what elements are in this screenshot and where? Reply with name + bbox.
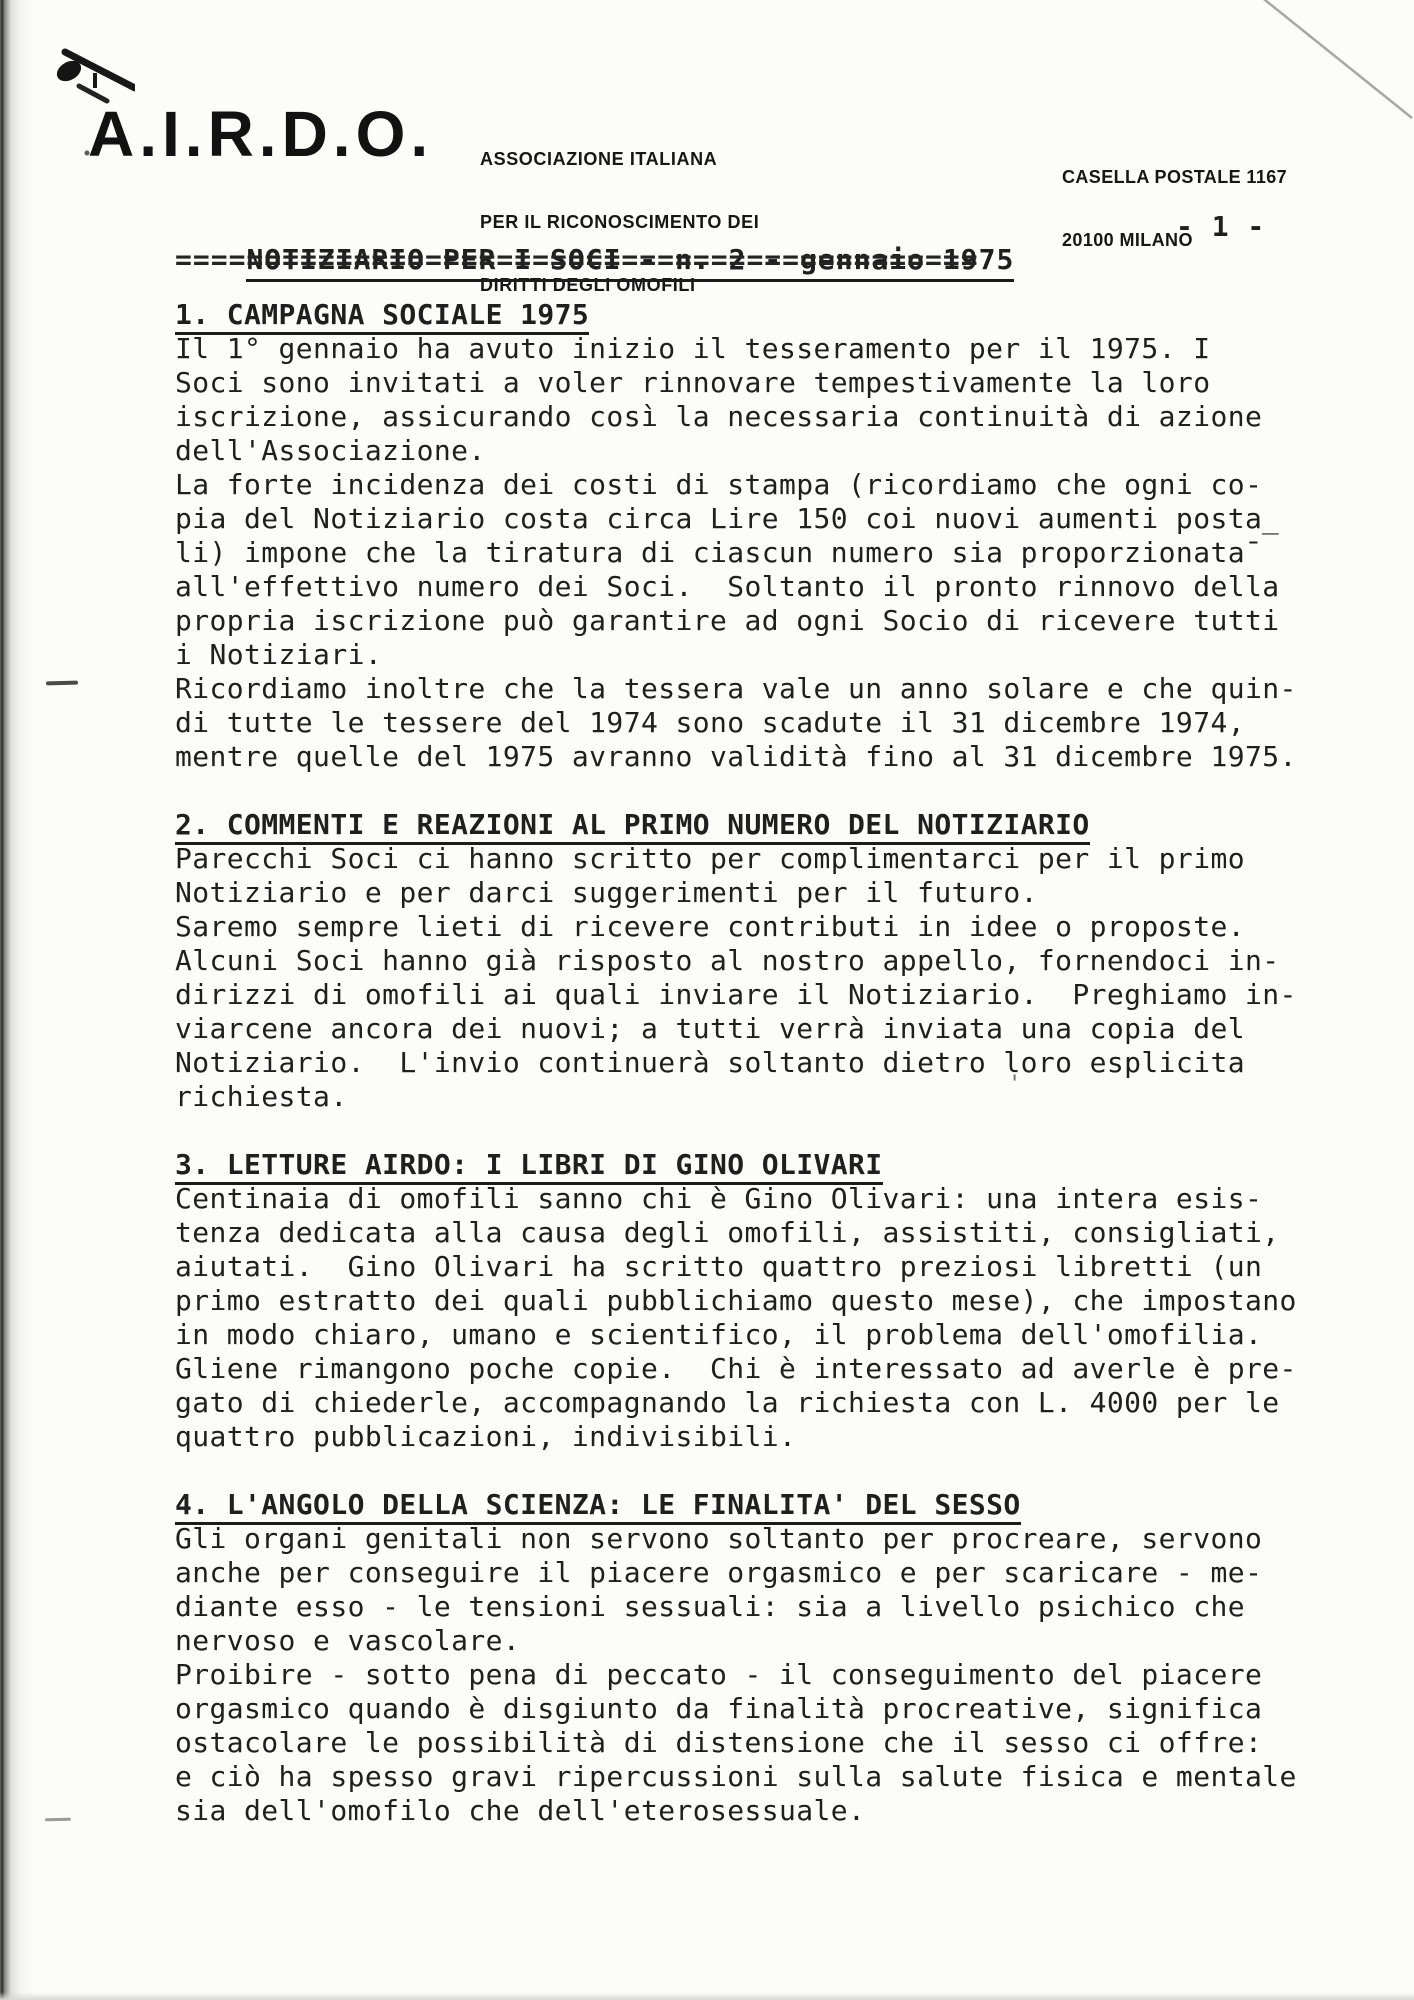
body-text-line: di tutte le tessere del 1974 sono scadut… xyxy=(175,706,1355,740)
section-paragraph: Il 1° gennaio ha avuto inizio il tessera… xyxy=(175,332,1355,774)
scan-bottom-edge-shadow xyxy=(0,1992,1414,2000)
page-number: - 1 - xyxy=(1176,210,1265,243)
section-paragraph: Gli organi genitali non servono soltanto… xyxy=(175,1522,1355,1828)
body-text-line: nervoso e vascolare. xyxy=(175,1624,1355,1658)
document-section: 4. L'ANGOLO DELLA SCIENZA: LE FINALITA' … xyxy=(175,1488,1355,1828)
section-paragraph: Parecchi Soci ci hanno scritto per compl… xyxy=(175,842,1355,1114)
margin-dash-mark xyxy=(46,681,78,686)
body-text-line: ostacolare le possibilità di distensione… xyxy=(175,1726,1355,1760)
body-text-line: richiesta. xyxy=(175,1080,1355,1114)
body-text-line: gato di chiederle, accompagnando la rich… xyxy=(175,1386,1355,1420)
body-text-line: aiutati. Gino Olivari ha scritto quattro… xyxy=(175,1250,1355,1284)
body-text-line: pia del Notiziario costa circa Lire 150 … xyxy=(175,502,1355,536)
margin-dash-mark xyxy=(45,1818,71,1822)
document-section: 2. COMMENTI E REAZIONI AL PRIMO NUMERO D… xyxy=(175,808,1355,1114)
title-double-underline: ========================================… xyxy=(175,243,979,276)
body-text-line: La forte incidenza dei costi di stampa (… xyxy=(175,468,1355,502)
document-body: 1. CAMPAGNA SOCIALE 1975 Il 1° gennaio h… xyxy=(175,298,1355,1828)
body-text-line: Ricordiamo inoltre che la tessera vale u… xyxy=(175,672,1355,706)
section-paragraph: Centinaia di omofili sanno chi è Gino Ol… xyxy=(175,1182,1355,1454)
body-text-line: Alcuni Soci hanno già risposto al nostro… xyxy=(175,944,1355,978)
body-text-line: Gli organi genitali non servono soltanto… xyxy=(175,1522,1355,1556)
body-text-line: Il 1° gennaio ha avuto inizio il tessera… xyxy=(175,332,1355,366)
body-text-line: dell'Associazione. xyxy=(175,434,1355,468)
body-text-line: all'effettivo numero dei Soci. Soltanto … xyxy=(175,570,1355,604)
section-heading: 4. L'ANGOLO DELLA SCIENZA: LE FINALITA' … xyxy=(175,1488,1355,1522)
org-name-line: ASSOCIAZIONE ITALIANA xyxy=(480,149,759,170)
section-heading: 3. LETTURE AIRDO: I LIBRI DI GINO OLIVAR… xyxy=(175,1148,1355,1182)
body-text-line: primo estratto dei quali pubblichiamo qu… xyxy=(175,1284,1355,1318)
address-line: CASELLA POSTALE 1167 xyxy=(1062,167,1287,188)
body-text-line: tenza dedicata alla causa degli omofili,… xyxy=(175,1216,1355,1250)
body-text-line: Parecchi Soci ci hanno scritto per compl… xyxy=(175,842,1355,876)
body-text-line: viarcene ancora dei nuovi; a tutti verrà… xyxy=(175,1012,1355,1046)
scanned-newsletter-page: A.I.R.D.O. ASSOCIAZIONE ITALIANA PER IL … xyxy=(0,0,1414,2000)
section-heading: 1. CAMPAGNA SOCIALE 1975 xyxy=(175,298,1355,332)
body-text-line: orgasmico quando è disgiunto da finalità… xyxy=(175,1692,1355,1726)
body-text-line: propria iscrizione può garantire ad ogni… xyxy=(175,604,1355,638)
body-text-line: Notiziario. L'invio continuerà soltanto … xyxy=(175,1046,1355,1080)
body-text-line: i Notiziari. xyxy=(175,638,1355,672)
body-text-line: sia dell'omofilo che dell'eterosessuale. xyxy=(175,1794,1355,1828)
body-text-line: Notiziario e per darci suggerimenti per … xyxy=(175,876,1355,910)
body-text-line: mentre quelle del 1975 avranno validità … xyxy=(175,740,1355,774)
body-text-line: iscrizione, assicurando così la necessar… xyxy=(175,400,1355,434)
body-text-line: Soci sono invitati a voler rinnovare tem… xyxy=(175,366,1355,400)
body-text-line: Saremo sempre lieti di ricevere contribu… xyxy=(175,910,1355,944)
postal-address-block: CASELLA POSTALE 1167 20100 MILANO xyxy=(1062,125,1287,293)
section-heading: 2. COMMENTI E REAZIONI AL PRIMO NUMERO D… xyxy=(175,808,1355,842)
body-text-line: diante esso - le tensioni sessuali: sia … xyxy=(175,1590,1355,1624)
body-text-line: e ciò ha spesso gravi ripercussioni sull… xyxy=(175,1760,1355,1794)
corner-crease-line-icon xyxy=(1254,0,1414,130)
body-text-line: dirizzi di omofili ai quali inviare il N… xyxy=(175,978,1355,1012)
body-text-line: Centinaia di omofili sanno chi è Gino Ol… xyxy=(175,1182,1355,1216)
body-text-line: anche per conseguire il piacere orgasmic… xyxy=(175,1556,1355,1590)
body-text-line: Proibire - sotto pena di peccato - il co… xyxy=(175,1658,1355,1692)
stray-apostrophe-mark: ' xyxy=(1008,1072,1021,1097)
body-text-line: quattro pubblicazioni, indivisibili. xyxy=(175,1420,1355,1454)
scan-left-edge-shadow xyxy=(0,0,34,2000)
document-section: 1. CAMPAGNA SOCIALE 1975 Il 1° gennaio h… xyxy=(175,298,1355,774)
body-text-line: in modo chiaro, umano e scientifico, il … xyxy=(175,1318,1355,1352)
document-section: 3. LETTURE AIRDO: I LIBRI DI GINO OLIVAR… xyxy=(175,1148,1355,1454)
body-text-line: Gliene rimangono poche copie. Chi è inte… xyxy=(175,1352,1355,1386)
org-logo: A.I.R.D.O. xyxy=(88,97,433,171)
body-text-line: li) impone che la tiratura di ciascun nu… xyxy=(175,536,1355,570)
